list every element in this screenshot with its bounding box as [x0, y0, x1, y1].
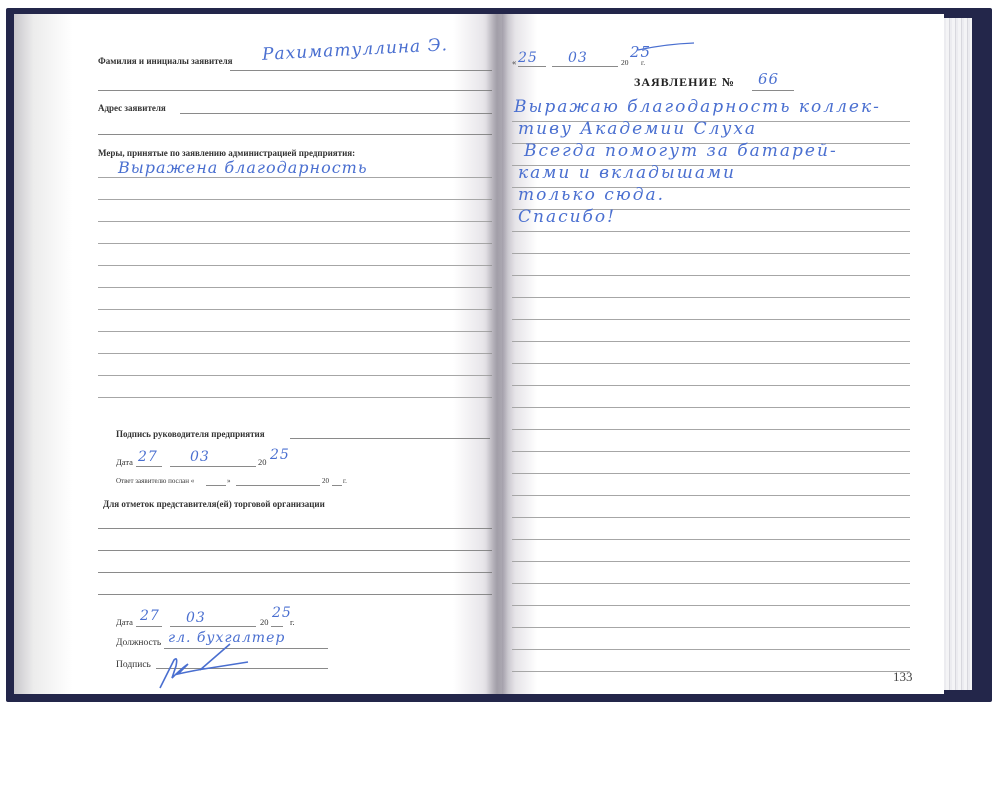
statement-title: ЗАЯВЛЕНИЕ №: [634, 75, 735, 90]
ruled-line: [512, 583, 910, 584]
statement-line: Спасибо!: [518, 207, 616, 227]
date-year-prefix: 20: [258, 457, 267, 467]
ruled-line: [512, 319, 910, 320]
page-number: 133: [893, 669, 913, 685]
ruled-line: [98, 331, 492, 332]
statement-line: тиву Академии Слуха: [518, 119, 757, 139]
ruled-line: [512, 605, 910, 606]
date2-year-line: [271, 626, 283, 627]
manager-signature-label: Подпись руководителя предприятия: [116, 429, 265, 439]
ruled-line: [512, 671, 910, 672]
header-date-day: 25: [518, 50, 538, 66]
signature-icon: [148, 630, 288, 692]
page-edges: [940, 18, 972, 690]
ruled-line: [512, 495, 910, 496]
date-day-line: [136, 466, 162, 467]
statement-number: 66: [758, 70, 779, 88]
ruled-line: [98, 528, 492, 529]
ruled-line: [512, 363, 910, 364]
left-page: [14, 14, 502, 694]
ruled-line: [512, 451, 910, 452]
date-month: 03: [190, 449, 210, 465]
statement-line: Выражаю благодарность коллек-: [514, 97, 881, 117]
ruled-line: [98, 550, 492, 551]
ruled-line: [512, 231, 910, 232]
reply-year-line: [332, 485, 342, 486]
header-date-open-quote: «: [512, 57, 516, 67]
spine: [486, 14, 508, 694]
date2-label: Дата: [116, 617, 133, 627]
date2-g: г.: [290, 617, 295, 627]
reply-year-prefix: 20: [322, 477, 329, 485]
date-year: 25: [270, 447, 290, 463]
ruled-line: [512, 561, 910, 562]
ruled-line: [98, 287, 492, 288]
applicant-name-line: [230, 70, 492, 71]
date-label: Дата: [116, 457, 133, 467]
ruled-line: [98, 90, 492, 91]
ruled-line: [98, 397, 492, 398]
pen-stroke-icon: [636, 42, 696, 52]
ruled-line: [512, 627, 910, 628]
ruled-line: [512, 517, 910, 518]
date2-month-line: [170, 626, 256, 627]
measures-label: Меры, принятые по заявлению администраци…: [98, 148, 355, 158]
statement-line: Всегда помогут за батарей-: [524, 141, 838, 161]
ruled-line: [98, 594, 492, 595]
reply-quote: »: [227, 477, 231, 485]
ruled-line: [98, 199, 492, 200]
ruled-line: [512, 341, 910, 342]
ruled-line: [98, 243, 492, 244]
ruled-line: [512, 407, 910, 408]
ruled-line: [512, 385, 910, 386]
statement-line: только сюда.: [518, 185, 665, 205]
date2-month: 03: [186, 610, 206, 626]
ruled-line: [512, 539, 910, 540]
header-date-month-line: [552, 66, 618, 67]
reply-month-line: [236, 485, 320, 486]
date2-day-line: [136, 626, 162, 627]
date2-year: 25: [272, 605, 292, 621]
statement-number-line: [752, 90, 794, 91]
applicant-name-label: Фамилия и инициалы заявителя: [98, 56, 233, 66]
address-line: [180, 113, 492, 114]
header-date-g: г.: [641, 58, 645, 67]
ruled-line: [98, 177, 492, 178]
ruled-line: [512, 429, 910, 430]
ruled-line: [98, 221, 492, 222]
trade-org-label: Для отметок представителя(ей) торговой о…: [103, 499, 325, 509]
address-label: Адрес заявителя: [98, 103, 166, 113]
statement-line: ками и вкладышами: [518, 163, 736, 183]
ruled-line: [512, 275, 910, 276]
ruled-line: [98, 309, 492, 310]
ruled-line: [512, 253, 910, 254]
ruled-line: [512, 473, 910, 474]
ruled-line: [98, 265, 492, 266]
ruled-line: [98, 353, 492, 354]
header-date-year-prefix: 20: [621, 58, 629, 67]
date-month-line: [170, 466, 256, 467]
reply-day-line: [206, 485, 226, 486]
manager-signature-line: [290, 438, 490, 439]
date-day: 27: [138, 449, 158, 465]
ruled-line: [98, 572, 492, 573]
reply-sent-label: Ответ заявителю послан «: [116, 477, 194, 485]
measures-value: Выражена благодарность: [118, 158, 368, 177]
header-date-day-line: [518, 66, 546, 67]
date2-day: 27: [140, 608, 160, 624]
ruled-line: [512, 649, 910, 650]
date2-year-prefix: 20: [260, 617, 269, 627]
signature-label: Подпись: [116, 660, 151, 670]
header-date-month: 03: [568, 50, 588, 66]
ruled-line: [512, 297, 910, 298]
reply-year-suffix: г.: [343, 477, 347, 485]
ruled-line: [98, 134, 492, 135]
ruled-line: [98, 375, 492, 376]
